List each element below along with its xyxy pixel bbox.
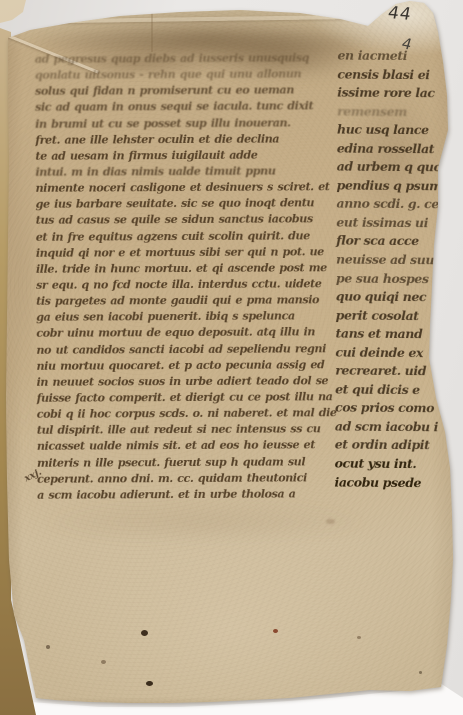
manuscript-text-line: inquid qi nor e et mortuus sibi ser qui … <box>36 243 336 261</box>
manuscript-text-line: te ad uesam in firmus iuigilauit adde <box>35 146 335 164</box>
manuscript-text-line: niu mortuu quocaret. et p acto pecunia a… <box>36 356 336 374</box>
manuscript-text-line: sic ad quam in onus sequi se iacula. tun… <box>35 98 335 116</box>
manuscript-text-line: perit cosolat <box>336 306 463 325</box>
manuscript-text-line: ceperunt. anno dni. m. cc. quidam theuto… <box>37 469 337 487</box>
manuscript-text-line: quo quiqi nec <box>336 288 463 307</box>
manuscript-text-line: in neuuet socios suos in urbe adiert tea… <box>37 372 337 390</box>
stain-spot <box>357 636 361 639</box>
manuscript-text-line: fuisse facto comperit. et dierigt cu ce … <box>37 388 337 406</box>
manuscript-text-line: tans et mand <box>335 325 463 344</box>
folio-number: 44 <box>386 3 413 25</box>
manuscript-text-line: sr equ. q no fcd nocte illa. interdus cc… <box>36 275 336 293</box>
manuscript-text-line: ad urbem q quot <box>337 158 463 177</box>
manuscript-text-line: recrearet. uid <box>335 362 463 381</box>
stain-spot <box>273 629 278 633</box>
manuscript-text-line: nicasset ualde nimis sit. et ad eos ho i… <box>37 437 337 455</box>
stain-spot <box>101 660 106 664</box>
stain-spot <box>141 630 148 636</box>
manuscript-text-line: et in fre equitus agzens cuit scolin qui… <box>36 227 336 245</box>
manuscript-text-line: solus qui fidan n promiserunt cu eo uema… <box>35 81 335 99</box>
main-text-column: ad pegresus quap diebs ad iusseris unusq… <box>35 49 337 503</box>
manuscript-text-line: cobi q ii hoc corpus scds. o. ni naberet… <box>37 404 337 422</box>
manuscript-text-line: pe sua hospes <box>336 269 463 288</box>
manuscript-photo: ad pegresus quap diebs ad iusseris unusq… <box>0 0 463 715</box>
manuscript-text-line: pendius q psum <box>337 176 463 195</box>
manuscript-text-line: issime rore lac <box>337 84 463 103</box>
manuscript-text-line: ocut ysu int. <box>335 455 463 474</box>
parchment-crease <box>151 12 153 52</box>
stain-spot <box>146 681 153 686</box>
manuscript-text-line: edina rossellat <box>337 139 463 158</box>
manuscript-text-line: neuisse ad suu <box>336 251 463 270</box>
manuscript-text-line: tul dispirit. ille aut redeut si nec int… <box>37 420 337 438</box>
manuscript-text-line: anno scdi. g. ce <box>336 195 463 214</box>
stain-spot <box>419 671 422 674</box>
manuscript-text-line: qonlatu uitsonus - rehn que qui unu allo… <box>35 65 335 83</box>
manuscript-text-line: ille. tride in hunc mortuu. et qi ascend… <box>36 259 336 277</box>
manuscript-text-line: flor sca acce <box>336 232 463 251</box>
manuscript-text-line: no ut candidos sancti iacobi ad sepelien… <box>36 340 336 358</box>
manuscript-text-line: cui deinde ex <box>335 343 463 362</box>
manuscript-text-line: iacobu psede <box>334 473 463 492</box>
manuscript-text-line: ad pegresus quap diebs ad iusseris unusq… <box>35 49 335 67</box>
manuscript-text-line: ge ius barbare seuitate. sic se quo inoq… <box>36 194 336 212</box>
manuscript-text-line: eut issimas ui <box>336 213 463 232</box>
stain-spot <box>46 645 50 649</box>
manuscript-text-line: remensem <box>337 102 463 121</box>
right-text-column: en iacmeticensis blasi eiissime rore lac… <box>334 47 463 493</box>
manuscript-text-line: ga eius sen iacobi puenerit. ibiq s spel… <box>36 307 336 325</box>
manuscript-text-line: ad scm iacobu i <box>335 417 463 436</box>
manuscript-text-line: cos prios como <box>335 399 463 418</box>
margin-stain <box>10 120 38 440</box>
parchment-leaf: ad pegresus quap diebs ad iusseris unusq… <box>0 0 463 715</box>
manuscript-text-line: huc usq lance <box>337 121 463 140</box>
manuscript-text-line: miteris n ille psecut. fuerut sup h quda… <box>37 453 337 471</box>
manuscript-text-line: et qui dicis e <box>335 380 463 399</box>
manuscript-text-line: cobr uinu mortuu de equo deposuit. atq i… <box>36 324 336 342</box>
manuscript-text-line: et ordin adipit <box>335 436 463 455</box>
manuscript-text-line: censis blasi ei <box>337 65 463 84</box>
manuscript-text-line: in brumi ut cu se posset sup illu inouer… <box>35 114 335 132</box>
manuscript-text-line: tis pargetes ad monte gaudii qui e pma m… <box>36 291 336 309</box>
manuscript-text-line: intui. m in dias nimis ualde timuit ppnu <box>35 162 335 180</box>
stain-spot <box>326 519 335 524</box>
manuscript-text-line: a scm iacobu adierunt. et in urbe tholos… <box>37 485 337 503</box>
margin-stain <box>40 500 370 544</box>
parchment-shadow-wrap: ad pegresus quap diebs ad iusseris unusq… <box>0 0 463 715</box>
manuscript-text-line: tus ad casus se quile se sidun sanctus i… <box>36 211 336 229</box>
manuscript-text-line: fret. ane ille lehster oculin et die dec… <box>35 130 335 148</box>
manuscript-text-line: nimente noceri casligone et desinuers s … <box>35 178 335 196</box>
